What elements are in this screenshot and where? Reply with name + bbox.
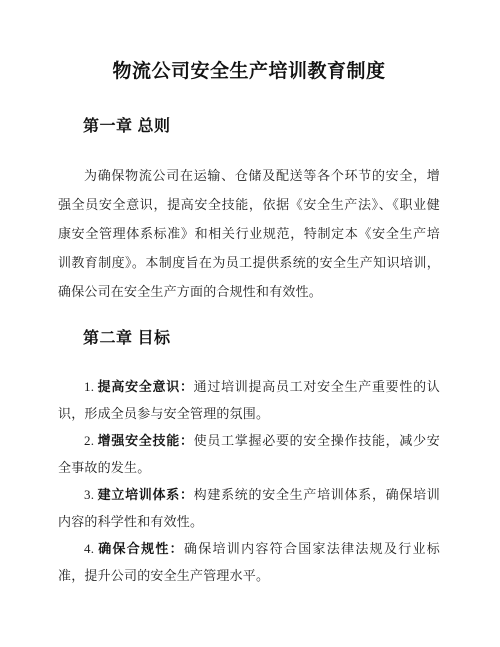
list-item-1: 1.提高安全意识：通过培训提高员工对安全生产重要性的认识，形成全员参与安全管理的… — [58, 373, 440, 427]
item-2-term: 增强安全技能： — [97, 433, 194, 448]
item-4-term: 确保合规性： — [97, 541, 184, 556]
item-1-term: 提高安全意识： — [97, 379, 194, 394]
item-2-number: 2. — [84, 433, 94, 448]
item-3-number: 3. — [84, 487, 94, 502]
chapter-1-heading: 第一章 总则 — [83, 115, 440, 139]
list-item-2: 2.增强安全技能：使员工掌握必要的安全操作技能，减少安全事故的发生。 — [58, 427, 440, 481]
item-3-term: 建立培训体系： — [97, 487, 194, 502]
item-1-number: 1. — [84, 379, 94, 394]
list-item-4: 4.确保合规性：确保培训内容符合国家法律法规及行业标准，提升公司的安全生产管理水… — [58, 535, 440, 589]
list-item-3: 3.建立培训体系：构建系统的安全生产培训体系，确保培训内容的科学性和有效性。 — [58, 481, 440, 535]
document-page: 物流公司安全生产培训教育制度 第一章 总则 为确保物流公司在运输、仓储及配送等各… — [0, 0, 500, 647]
document-title: 物流公司安全生产培训教育制度 — [58, 58, 440, 86]
chapter-1-paragraph: 为确保物流公司在运输、仓储及配送等各个环节的安全，增强全员安全意识，提高安全技能… — [58, 161, 440, 306]
chapter-2-heading: 第二章 目标 — [83, 327, 440, 351]
item-4-number: 4. — [84, 541, 94, 556]
